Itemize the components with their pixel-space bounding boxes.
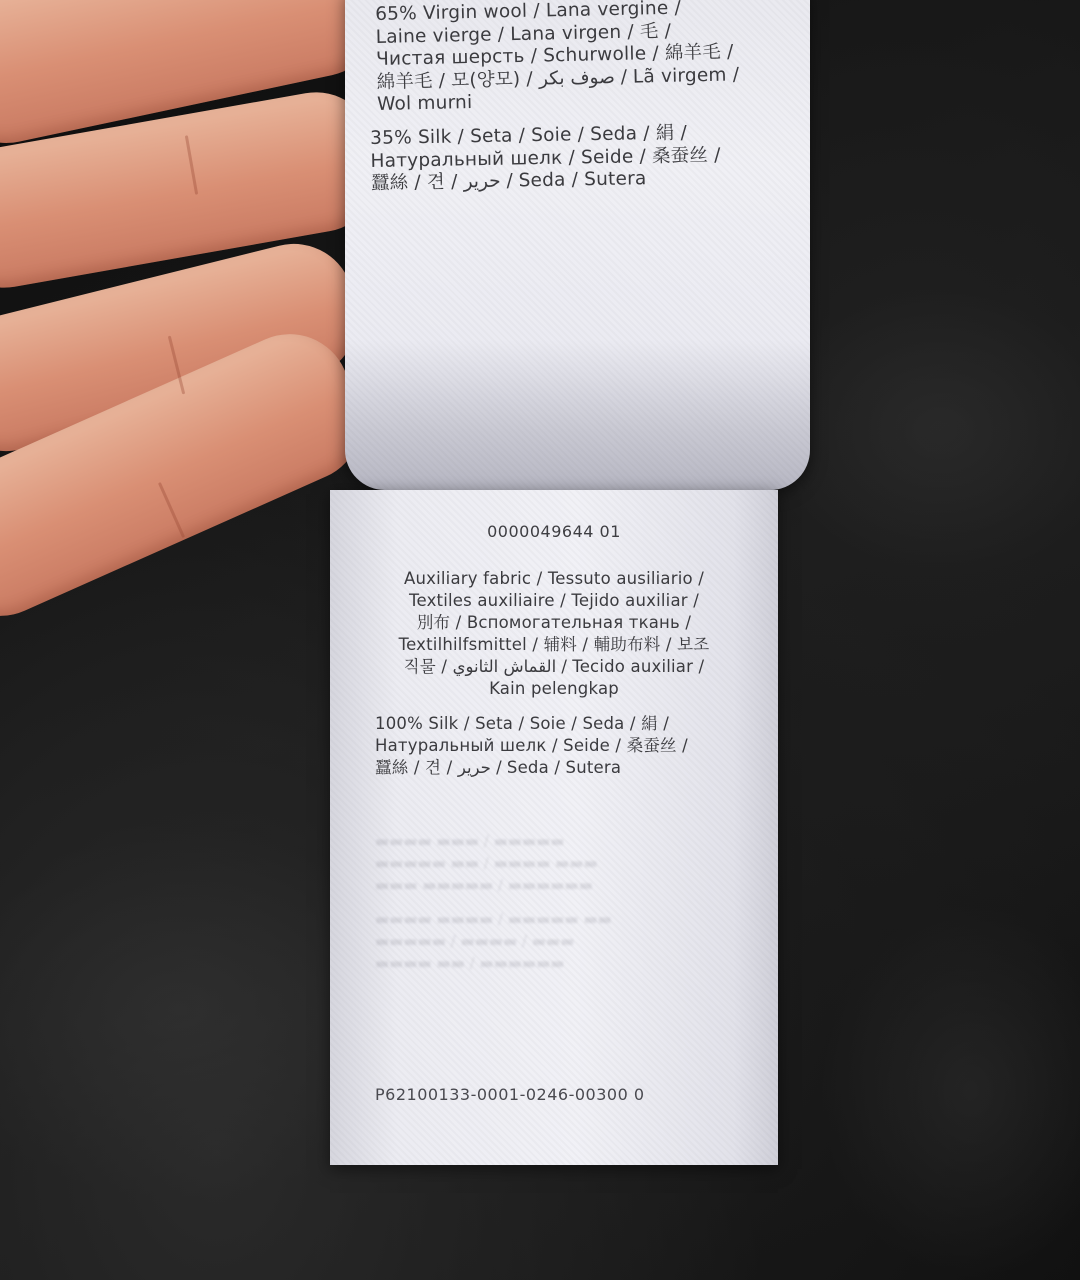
auxiliary-line: 직물 / القماش الثانوي / Tecido auxiliar /	[330, 656, 778, 678]
reverse-side-bleed-through-text: ▬▬▬▬ ▬▬▬ / ▬▬▬▬▬ ▬▬▬▬▬ ▬▬ / ▬▬▬▬ ▬▬▬ ▬▬▬…	[375, 830, 735, 974]
auxiliary-line: Auxiliary fabric / Tessuto ausiliario /	[330, 568, 778, 590]
auxiliary-line: Textiles auxiliaire / Tejido auxiliar /	[330, 590, 778, 612]
auxiliary-line: 別布 / Вспомогательная ткань /	[330, 612, 778, 634]
label-code-top: 0000049644 01	[330, 522, 778, 541]
auxiliary-fabric-heading: Auxiliary fabric / Tessuto ausiliario / …	[330, 568, 778, 700]
auxiliary-line: Textilhilfsmittel / 辅料 / 輔助布料 / 보조	[330, 634, 778, 656]
label-code-bottom: P62100133-0001-0246-00300 0	[375, 1085, 645, 1104]
auxiliary-line: Kain pelengkap	[330, 678, 778, 700]
composition-line: 蠶絲 / 견 / حرير / Seda / Sutera	[375, 757, 688, 779]
auxiliary-composition: 100% Silk / Seta / Soie / Seda / 絹 / Нат…	[375, 713, 688, 779]
composition-main-fabric: 65% Virgin wool / Lana vergine / Laine v…	[375, 0, 740, 116]
composition-silk: 35% Silk / Seta / Soie / Seda / 絹 / Нату…	[370, 122, 721, 196]
composition-line: Натуральный шелк / Seide / 桑蚕丝 /	[375, 735, 688, 757]
composition-line: 100% Silk / Seta / Soie / Seda / 絹 /	[375, 713, 688, 735]
